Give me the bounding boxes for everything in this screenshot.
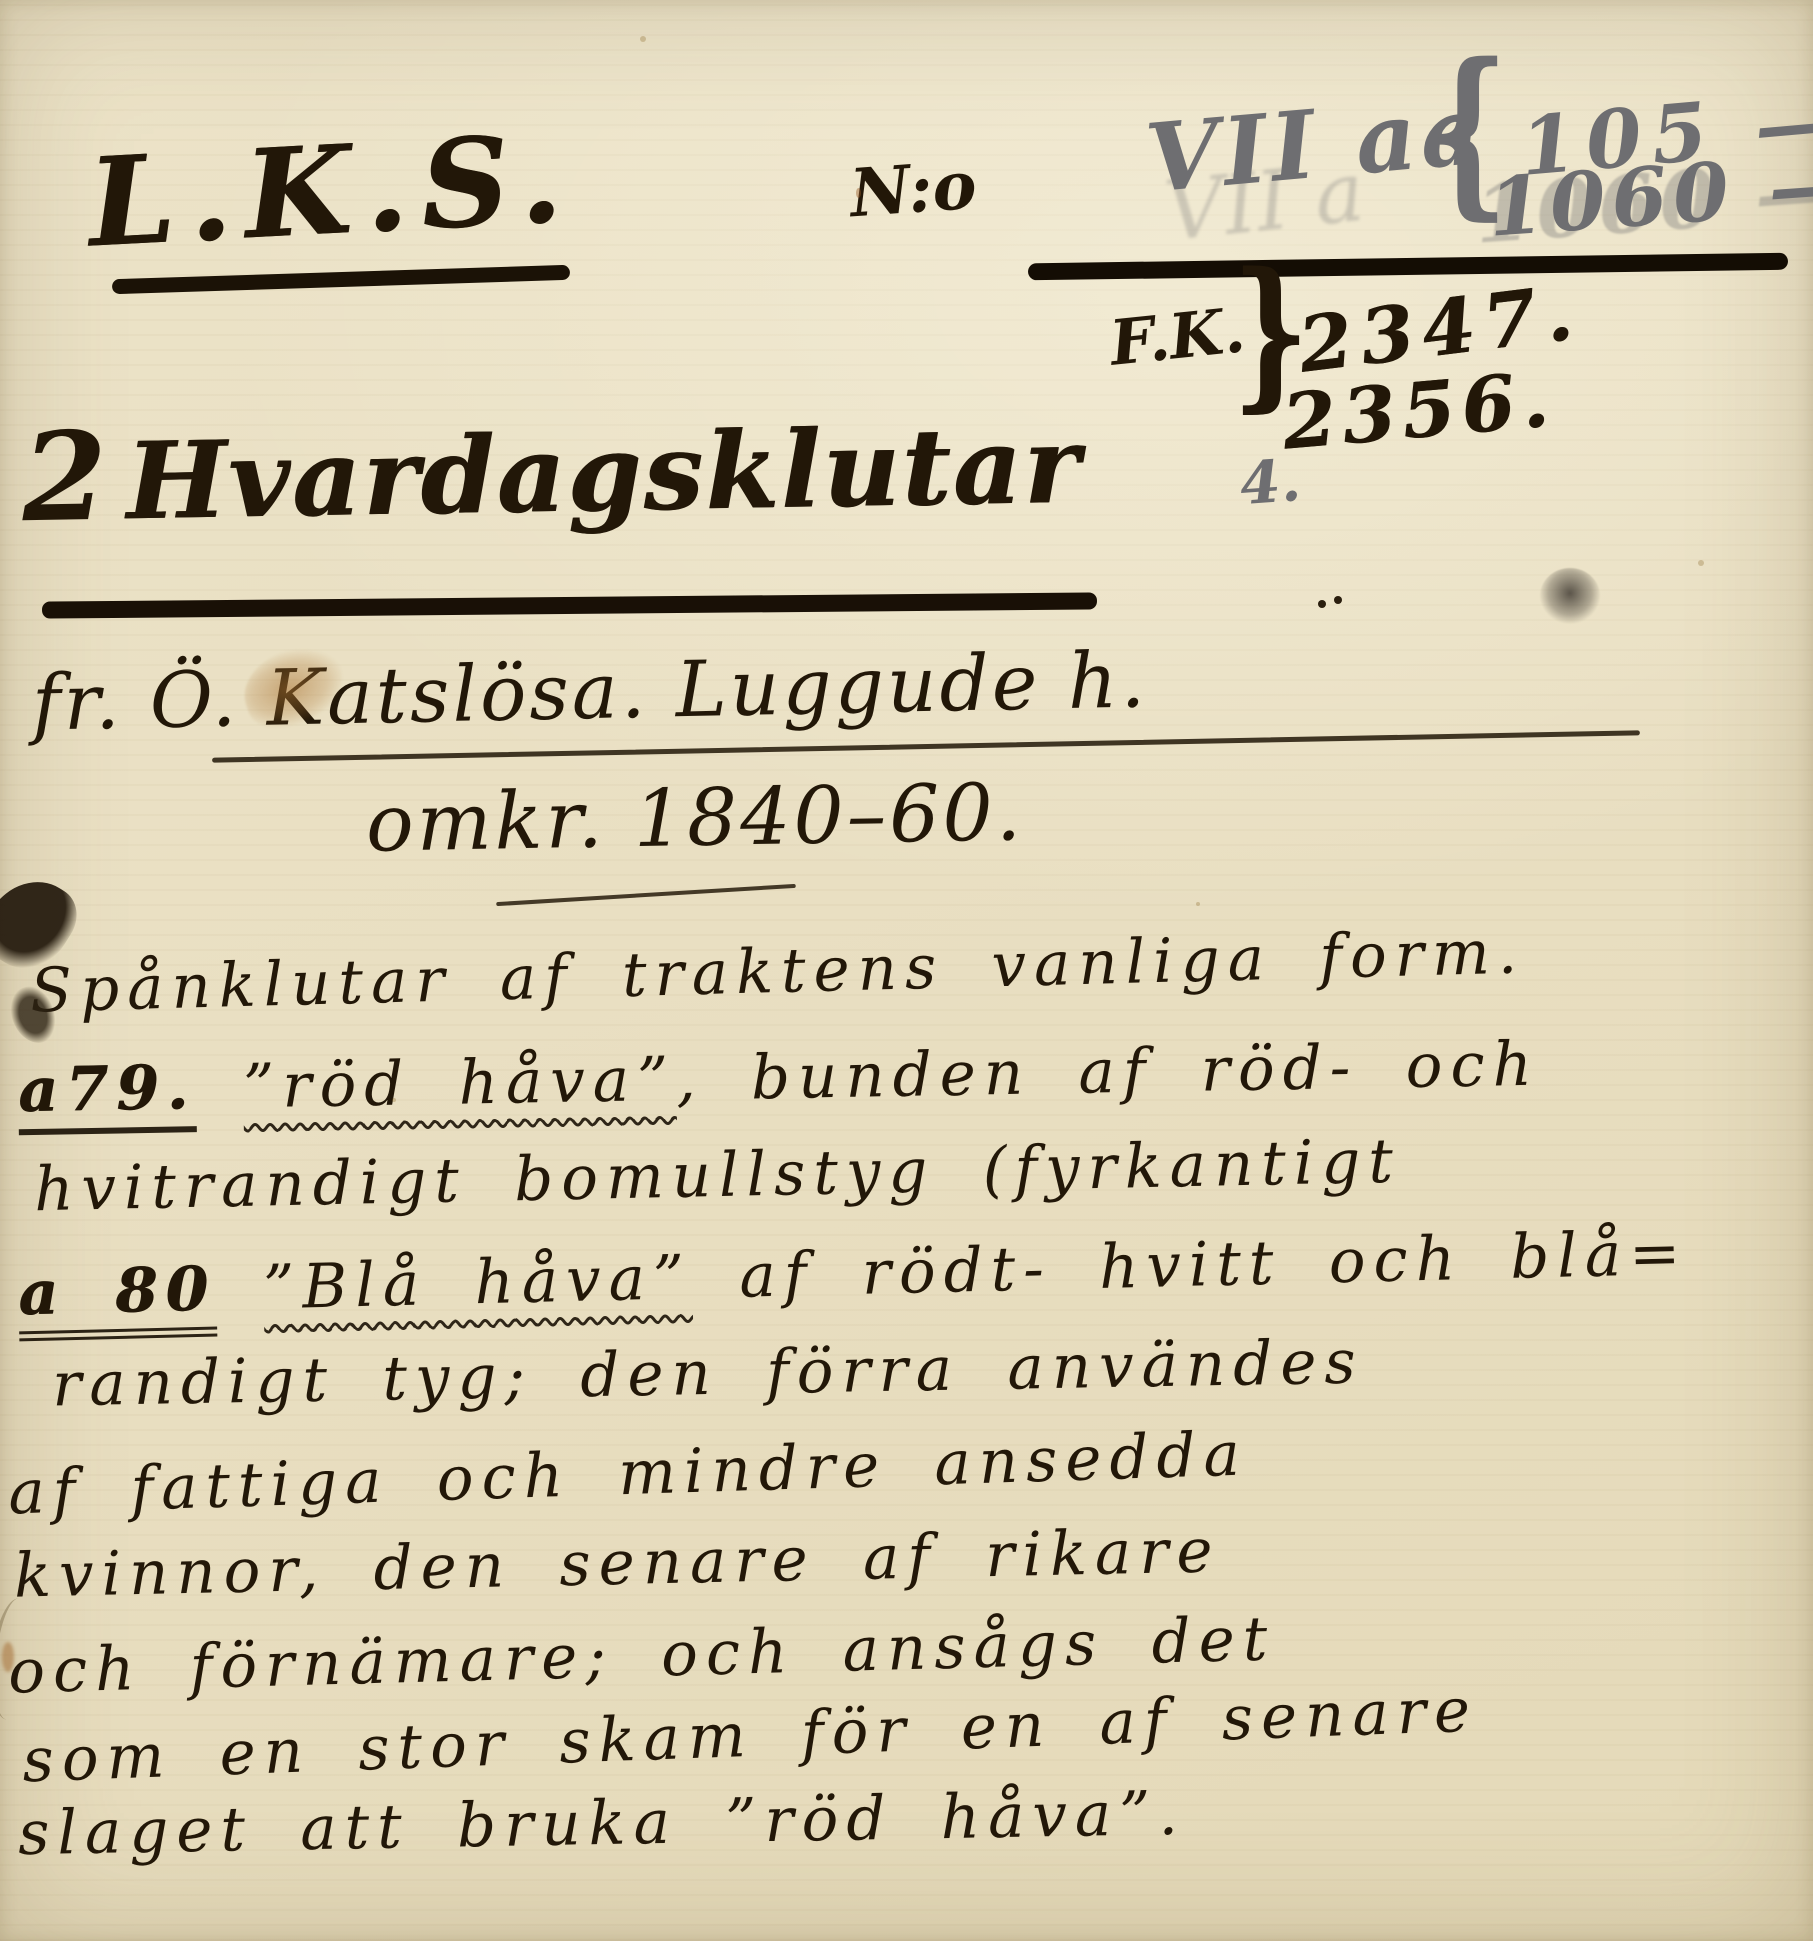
title-word: Hvardagsklutar [125, 402, 1082, 544]
edge-fleck [2, 1642, 14, 1672]
date-underline-flourish [496, 884, 796, 906]
manuscript-page: L.K.S. N:o VII a VII aa { 105 — 1060 — F… [0, 0, 1813, 1941]
paper-speck [640, 36, 646, 42]
body-line-10: slaget att bruka ”röd håva”. [17, 1778, 1186, 1869]
body-line-3: hvitrandigt bomullstyg (fyrkantigt [33, 1126, 1401, 1226]
term-bla-hava: ”Blå håva” [262, 1242, 693, 1323]
header-underline [1028, 253, 1788, 281]
collection-mark: L.K.S. [85, 105, 579, 274]
paper-speck [1698, 560, 1704, 566]
paper-speck [856, 188, 861, 198]
body-line-6: af fattiga och mindre ansedda [7, 1419, 1249, 1529]
fk-pencil-note: 4. [1238, 446, 1303, 518]
body-line-4: a 80 ”Blå håva” af rödt- hvitt och blå= [17, 1218, 1689, 1330]
term-rod-hava-final: ”röd håva” [725, 1778, 1159, 1857]
body-line-5: randigt tyg; den förra användes [51, 1327, 1364, 1421]
title-count: 2 [21, 404, 108, 549]
paper-speck [392, 1098, 396, 1102]
body-line-10-period: . [1158, 1778, 1187, 1849]
body-line-4-rest: af rödt- hvitt och blå= [691, 1218, 1689, 1313]
body-line-7: kvinnor, den senare af rikare [13, 1515, 1221, 1611]
date-line: omkr. 1840–60. [365, 766, 1024, 869]
title-underline [42, 592, 1097, 618]
fk-label: F.K. [1107, 293, 1249, 380]
ink-dots [1318, 600, 1326, 608]
item-number-a80: a 80 [17, 1254, 217, 1342]
body-line-10-start: slaget att bruka [17, 1786, 725, 1869]
body-line-2: a79. ”röd håva”, bunden af röd- och [17, 1029, 1540, 1127]
body-line-1: Spånklutar af traktens vanliga form. [29, 916, 1526, 1026]
number-label: N:o [847, 146, 979, 233]
paper-speck [1196, 902, 1200, 906]
provenance-line: fr. Ö. Katslösa. Luggude h. [31, 636, 1149, 748]
page-title: 2 Hvardagsklutar [21, 387, 1082, 549]
body-line-2-rest: , bunden af röd- och [676, 1029, 1541, 1115]
term-rod-hava: ”röd håva” [243, 1044, 677, 1123]
item-number-a79: a79. [17, 1052, 196, 1135]
graphite-smudge [1540, 568, 1600, 624]
